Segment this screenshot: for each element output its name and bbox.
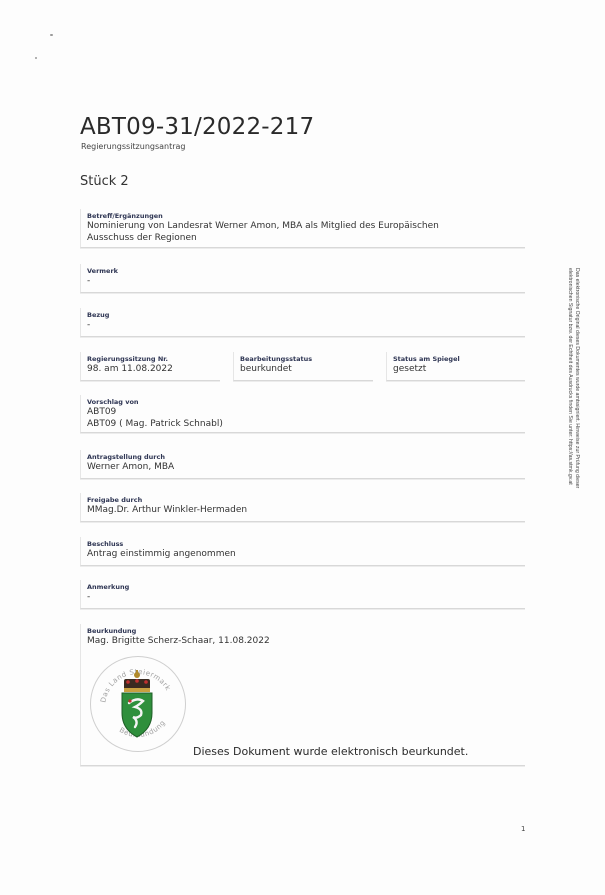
field-value: Antrag einstimmig angenommen [87, 549, 525, 561]
field-label: Freigabe durch [87, 495, 525, 505]
field-beschluss: Beschluss Antrag einstimmig angenommen [80, 537, 525, 566]
field-value: ABT09 [87, 407, 525, 419]
field-value: Nominierung von Landesrat Werner Amon, M… [87, 221, 487, 244]
field-label: Vorschlag von [87, 397, 525, 407]
signature-notice-line: elektronischen Signatur bzw. der Echthei… [566, 268, 573, 558]
field-beurkundung: Beurkundung Mag. Brigitte Scherz-Schaar,… [80, 624, 525, 766]
field-value: Mag. Brigitte Scherz-Schaar, 11.08.2022 [87, 636, 525, 648]
field-freigabe: Freigabe durch MMag.Dr. Arthur Winkler-H… [80, 493, 525, 522]
document-title: ABT09-31/2022-217 [80, 114, 314, 140]
field-label: Anmerkung [87, 582, 525, 592]
field-label: Betreff/Ergänzungen [87, 211, 525, 221]
document-page: ABT09-31/2022-217 Regierungssitzungsantr… [0, 0, 605, 895]
coat-of-arms-icon: Das Land Steiermark Beurkundung [91, 657, 184, 750]
field-value: - [87, 320, 525, 332]
field-vorschlag: Vorschlag von ABT09 ABT09 ( Mag. Patrick… [80, 395, 525, 433]
field-label: Regierungssitzung Nr. [87, 354, 220, 364]
field-value: Werner Amon, MBA [87, 462, 525, 474]
signature-notice: Das elektronische Original dieses Dokume… [560, 268, 580, 558]
scan-speck [35, 57, 37, 59]
field-betreff: Betreff/Ergänzungen Nominierung von Land… [80, 209, 525, 248]
field-anmerkung: Anmerkung - [80, 580, 525, 609]
official-seal: Das Land Steiermark Beurkundung [90, 656, 186, 752]
field-regierungssitzung: Regierungssitzung Nr. 98. am 11.08.2022 [80, 352, 220, 381]
scan-speck [50, 34, 53, 36]
field-vermerk: Vermerk - [80, 264, 525, 293]
field-label: Beschluss [87, 539, 525, 549]
field-value: - [87, 276, 525, 288]
field-label: Bearbeitungsstatus [240, 354, 373, 364]
document-type: Regierungssitzungsantrag [81, 142, 186, 151]
field-value: MMag.Dr. Arthur Winkler-Hermaden [87, 505, 525, 517]
field-value: beurkundet [240, 364, 373, 376]
field-value: - [87, 592, 525, 604]
field-value: 98. am 11.08.2022 [87, 364, 220, 376]
field-label: Bezug [87, 310, 525, 320]
page-number: 1 [521, 825, 525, 833]
field-value: ABT09 ( Mag. Patrick Schnabl) [87, 419, 525, 431]
field-label: Beurkundung [87, 626, 525, 636]
field-bearbeitungsstatus: Bearbeitungsstatus beurkundet [233, 352, 373, 381]
field-bezug: Bezug - [80, 308, 525, 337]
field-label: Antragstellung durch [87, 452, 525, 462]
field-status-spiegel: Status am Spiegel gesetzt [386, 352, 525, 381]
field-label: Status am Spiegel [393, 354, 525, 364]
signature-notice-line: Das elektronische Original dieses Dokume… [573, 268, 580, 558]
certification-note: Dieses Dokument wurde elektronisch beurk… [193, 745, 468, 758]
field-antragstellung: Antragstellung durch Werner Amon, MBA [80, 450, 525, 479]
field-label: Vermerk [87, 266, 525, 276]
section-heading: Stück 2 [80, 174, 129, 189]
field-value: gesetzt [393, 364, 525, 376]
